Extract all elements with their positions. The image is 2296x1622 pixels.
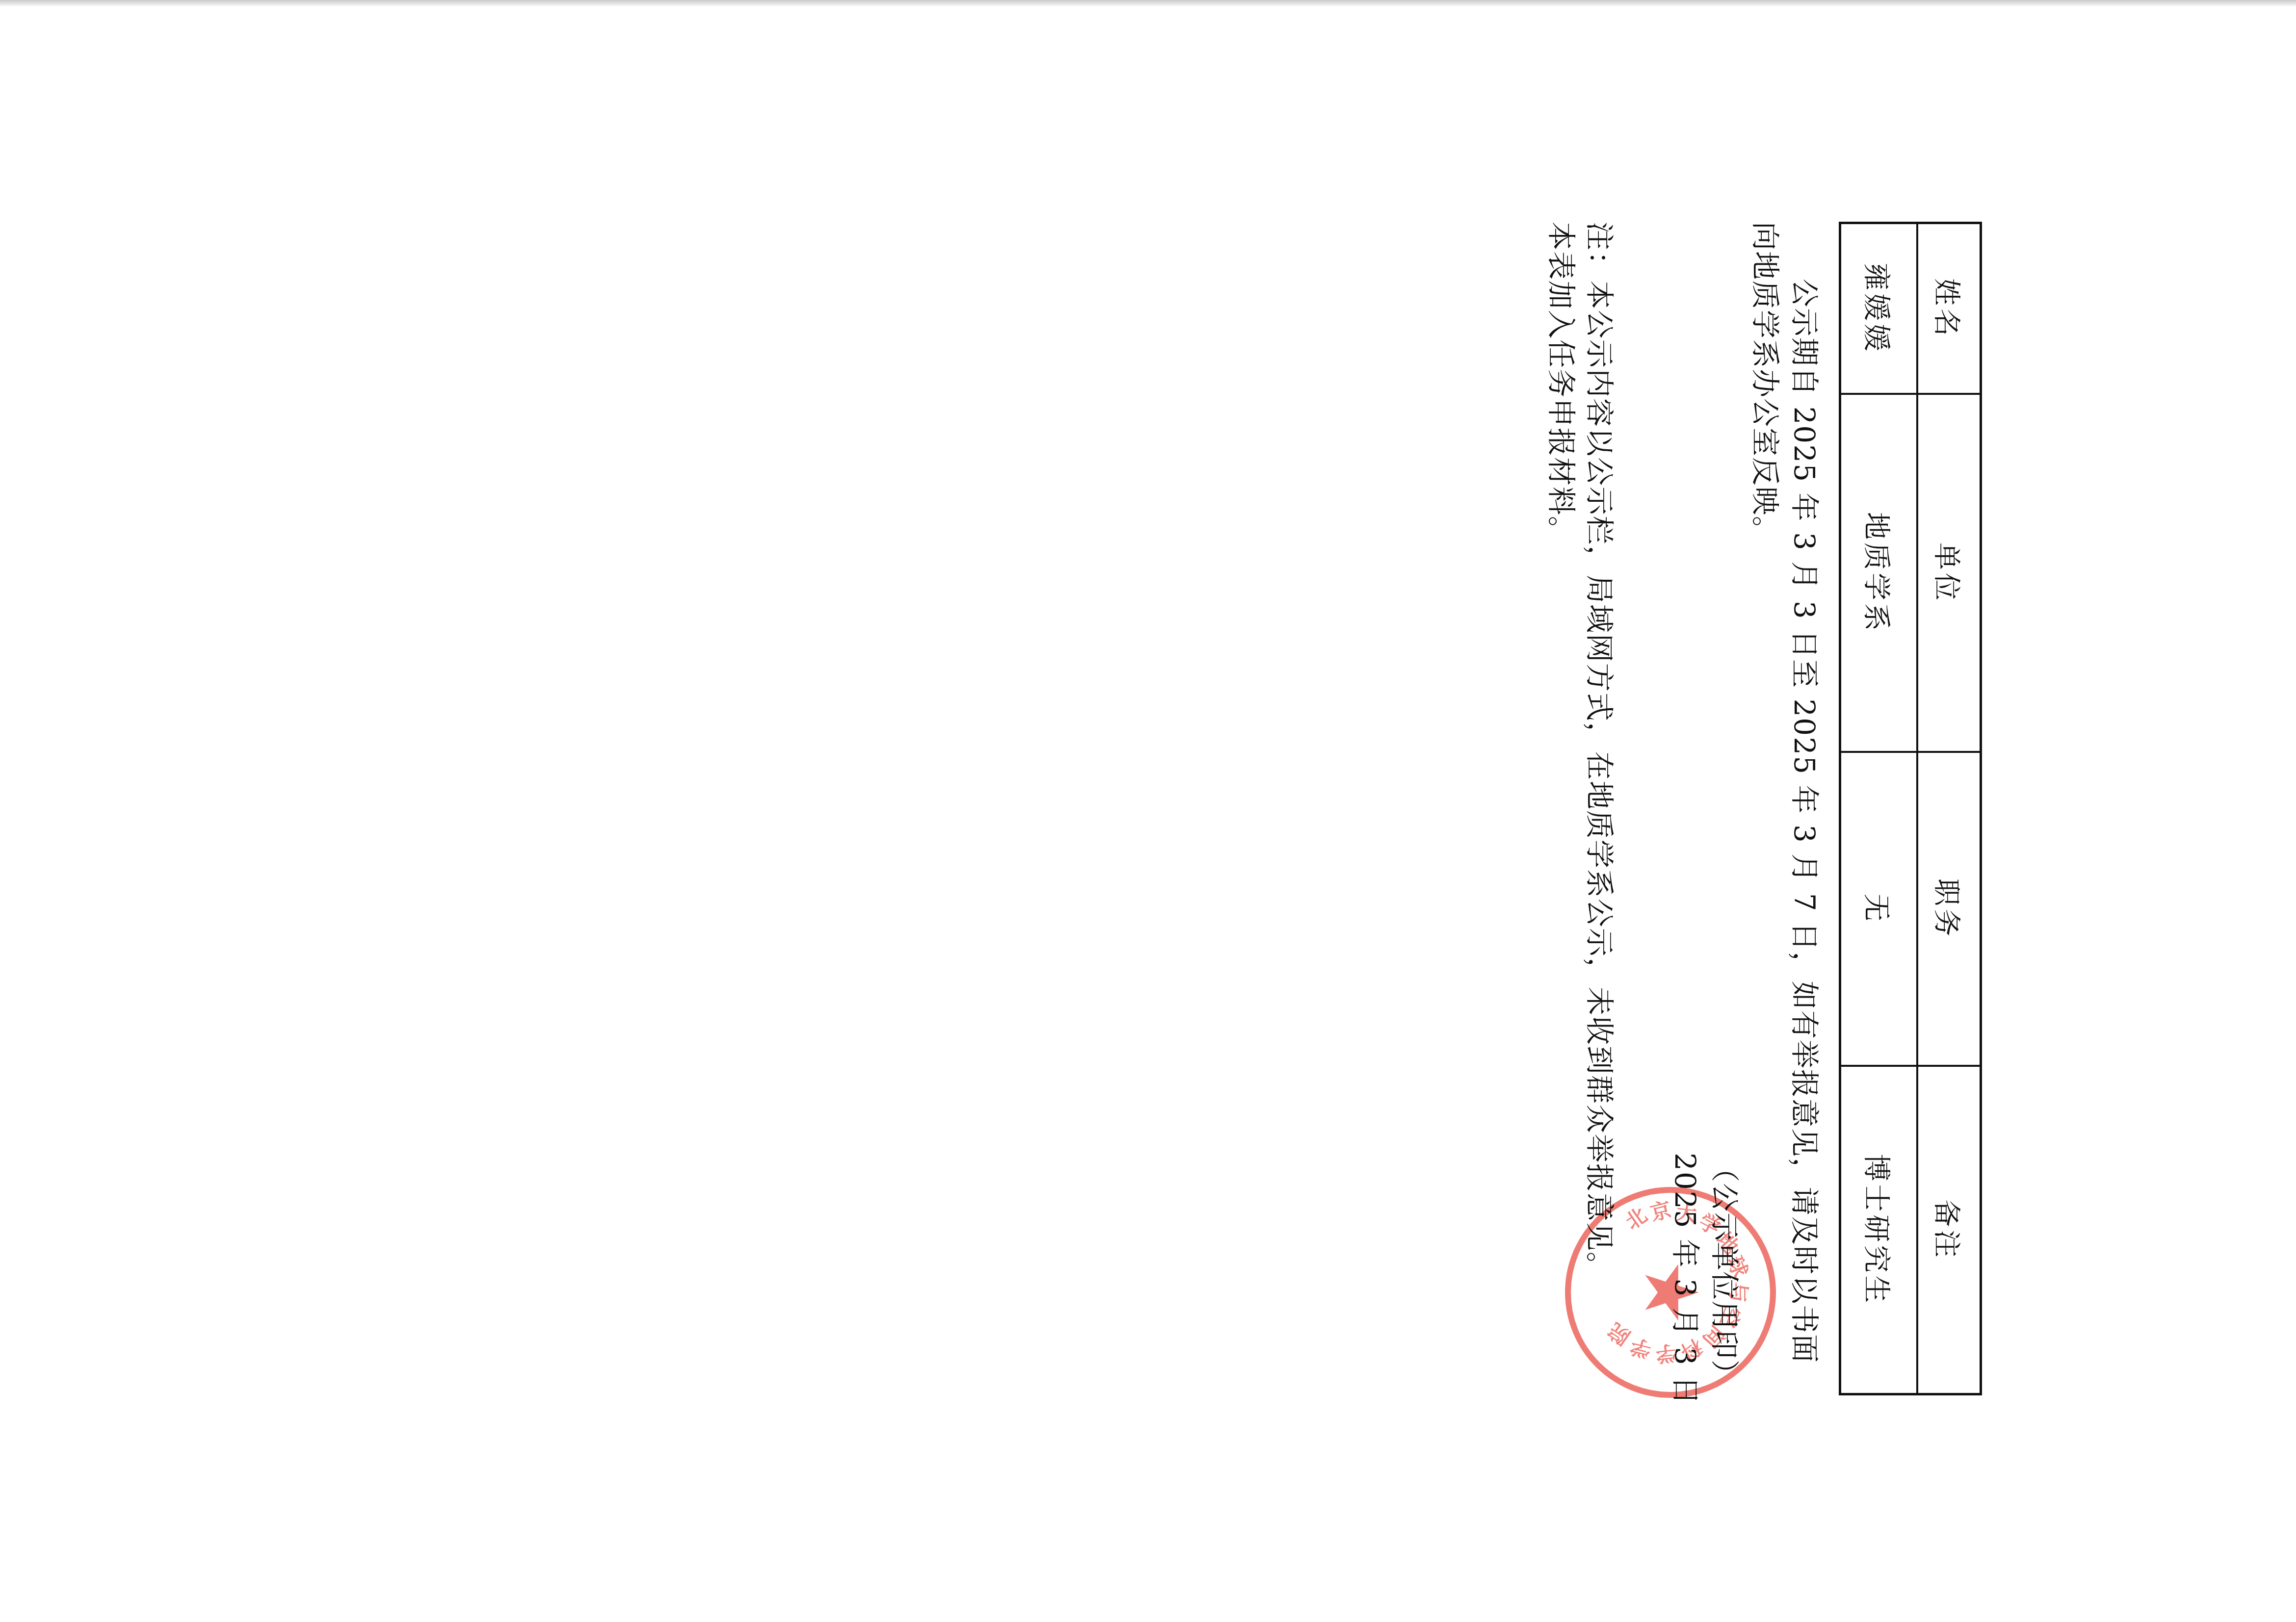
signature-date: 2025 年 3 月 3 日	[1666, 1153, 1705, 1406]
rotated-document-page: 姓名 单位 职务 备注 雍媛媛 地质学系 无 博士研究生 公示期自 2025 年…	[0, 0, 2296, 1622]
publicity-table: 姓名 单位 职务 备注 雍媛媛 地质学系 无 博士研究生	[1839, 222, 1982, 1395]
header-unit: 单位	[1916, 395, 1980, 753]
note-line-2: 本表加入任务申报材料。	[1541, 222, 1581, 545]
publicity-period-line-2: 向地质学系办公室反映。	[1746, 222, 1785, 545]
cell-unit: 地质学系	[1841, 395, 1916, 753]
cell-position: 无	[1841, 753, 1916, 1067]
note-line-1: 注：本公示内容以公示栏，局域网方式，在地质学系公示，未收到群众举报意见。	[1580, 222, 1619, 1281]
publicity-period-line-1: 公示期自 2025 年 3 月 3 日至 2025 年 3 月 7 日，如有举报…	[1785, 279, 1824, 1364]
cell-name: 雍媛媛	[1841, 224, 1916, 395]
header-position: 职务	[1916, 753, 1980, 1067]
header-name: 姓名	[1916, 224, 1980, 395]
header-remark: 备注	[1916, 1067, 1980, 1393]
cell-remark: 博士研究生	[1841, 1067, 1916, 1393]
seal-label: （公示单位用印）	[1705, 1154, 1744, 1389]
